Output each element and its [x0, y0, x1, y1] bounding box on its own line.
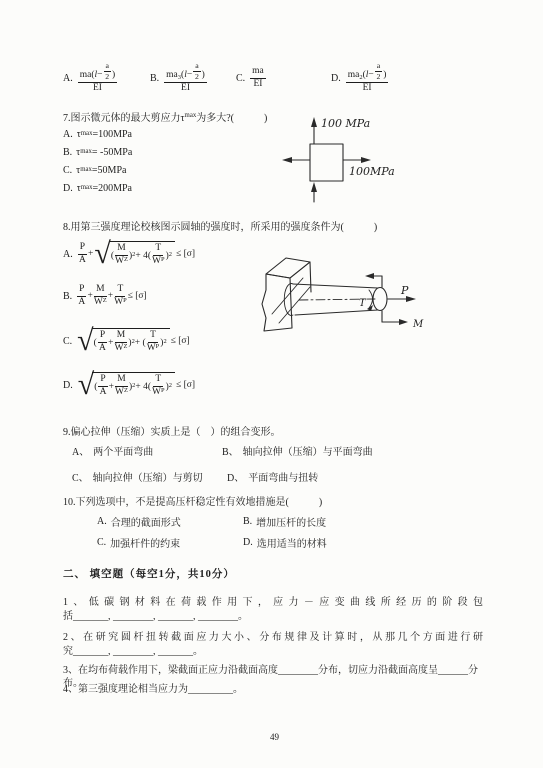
q10-option-c: C. 加强杆件的约束: [97, 536, 180, 549]
q6-option-a-formula: ma(l − a2)EI: [77, 62, 118, 94]
force-p-label: P: [400, 284, 409, 297]
q10-option-b-text: 增加压杆的长度: [256, 514, 326, 529]
q7-option-c-label: C.: [63, 165, 72, 176]
q6-option-b-formula: ma3(l − a2)EI: [163, 62, 208, 94]
stress-top-label: 100 MPa: [321, 117, 370, 130]
q9-option-c: C、 轴向拉伸（压缩）与剪切: [72, 470, 203, 483]
q9-option-a: A、 两个平面弯曲: [72, 444, 153, 457]
q6-option-c: C. maEI: [236, 56, 267, 100]
q10-title: 10.下列选项中，不是提高压杆稳定性有效地措施是( ): [63, 493, 322, 507]
q10-option-d: D. 选用适当的材料: [243, 536, 327, 549]
q8-option-c-label: C.: [63, 336, 72, 347]
q8-option-d-formula: √(PA + MWZ)2 + 4(TWP)2 ≤ [σ]: [77, 372, 195, 398]
q6-option-b-label: B.: [150, 73, 159, 84]
q6-option-c-formula: maEI: [249, 67, 267, 90]
q6-option-c-label: C.: [236, 73, 245, 84]
q9-option-c-text: 轴向拉伸（压缩）与剪切: [93, 469, 203, 484]
q8-option-d-label: D.: [63, 380, 73, 391]
q9-option-b-label: B、: [222, 443, 239, 458]
fill-q1-line2: 括_______, ________, _______, ________。: [63, 610, 483, 623]
q10-option-d-label: D.: [243, 537, 253, 548]
left-arrow: [282, 157, 310, 163]
q10-option-c-label: C.: [97, 537, 106, 548]
q9-option-b: B、 轴向拉伸（压缩）与平面弯曲: [222, 444, 373, 457]
q7-title-text: 7.图示微元体的最大剪应力τ max 为多大?( ): [63, 109, 267, 124]
q7-option-d-label: D.: [63, 183, 73, 194]
q9-option-b-text: 轴向拉伸（压缩）与平面弯曲: [243, 443, 373, 458]
q6-option-a: A. ma(l − a2)EI: [63, 56, 118, 100]
q7-title: 7.图示微元体的最大剪应力τ max 为多大?( ): [63, 109, 267, 123]
stress-right-label: 100MPa: [349, 165, 395, 178]
up-arrow-bottom: [311, 182, 317, 202]
q9-option-d: D、 平面弯曲与扭转: [227, 470, 318, 483]
q7-option-b: B. τ max= -50MPa: [63, 146, 132, 159]
stress-element-diagram: 100 MPa 100MPa: [278, 114, 428, 210]
q9-option-c-label: C、: [72, 469, 89, 484]
q8-title: 8.用第三强度理论校核图示圆轴的强度时，所采用的强度条件为( ): [63, 218, 377, 232]
shaft-diagram: P T M: [256, 248, 441, 338]
q7-option-a: A. τ max=100MPa: [63, 128, 132, 141]
q8-option-b-formula: PA + MWZ + TWP ≤ [σ]: [76, 285, 147, 308]
q9-option-d-label: D、: [227, 469, 244, 484]
q6-option-b: B. ma3(l − a2)EI: [150, 56, 208, 100]
q9-title: 9.偏心拉伸（压缩）实质上是（ ）的组合变形。: [63, 423, 281, 437]
q7-option-c: C. τ max=50MPa: [63, 164, 126, 177]
hatch-line: [279, 287, 310, 323]
q10-option-c-text: 加强杆件的约束: [110, 535, 180, 550]
q7-option-b-label: B.: [63, 147, 72, 158]
q10-option-b: B. 增加压杆的长度: [243, 515, 326, 528]
right-arrow: [343, 157, 371, 163]
q8-option-a: A. PA + √(MWZ)2 + 4(TWP)2 ≤ [σ]: [63, 236, 195, 272]
torque-t-label: T: [359, 298, 367, 309]
q6-option-d: D. ma2(l − a2)EI: [331, 56, 389, 100]
torque-arrow: [367, 290, 373, 311]
q8-option-a-label: A.: [63, 249, 73, 260]
moment-couple-bottom-arrow: [382, 311, 408, 325]
q6-option-a-label: A.: [63, 73, 73, 84]
q7-option-d-formula: τ max=200MPa: [77, 183, 132, 194]
q8-option-d: D. √(PA + MWZ)2 + 4(TWP)2 ≤ [σ]: [63, 366, 195, 404]
q6-option-d-formula: ma2(l − a2)EI: [345, 62, 390, 94]
q8-option-c-formula: √(PA + MWZ)2 + (TWP)2 ≤ [σ]: [76, 328, 190, 354]
hatch-line: [272, 278, 303, 314]
page-number: 49: [270, 732, 279, 742]
q10-option-a: A. 合理的截面形式: [97, 515, 181, 528]
up-arrow-top: [311, 117, 317, 144]
q7-option-c-formula: τ max=50MPa: [76, 165, 126, 176]
q8-option-b-label: B.: [63, 291, 72, 302]
q10-option-a-text: 合理的截面形式: [111, 514, 181, 529]
q10-option-d-text: 选用适当的材料: [257, 535, 327, 550]
fill-q4: 4、第三强度理论相当应力为_________。: [63, 683, 483, 696]
q7-option-d: D. τ max=200MPa: [63, 182, 132, 195]
q7-option-a-formula: τ max=100MPa: [77, 129, 132, 140]
fill-q2-line1: 2、在研究圆杆扭转截面应力大小、分布规律及计算时，从那几个方面进行研: [63, 631, 483, 644]
exam-page: A. ma(l − a2)EI B. ma3(l − a2)EI C. maEI…: [0, 0, 543, 768]
q8-option-c: C. √(PA + MWZ)2 + (TWP)2 ≤ [σ]: [63, 322, 190, 360]
q9-option-a-label: A、: [72, 443, 89, 458]
q8-option-a-formula: PA + √(MWZ)2 + 4(TWP)2 ≤ [σ]: [77, 241, 195, 267]
q9-option-d-text: 平面弯曲与扭转: [248, 469, 318, 484]
q7-option-b-formula: τ max= -50MPa: [76, 147, 132, 158]
q7-option-a-label: A.: [63, 129, 73, 140]
fill-q2-line2: 究_______, ________, _______。: [63, 645, 483, 658]
q10-option-b-label: B.: [243, 516, 252, 527]
q10-option-a-label: A.: [97, 516, 107, 527]
q6-option-d-label: D.: [331, 73, 341, 84]
q9-option-a-text: 两个平面弯曲: [93, 443, 153, 458]
wall-block: [262, 258, 311, 331]
stress-square: [310, 144, 343, 181]
moment-couple-top-arrow: [365, 273, 382, 287]
moment-m-label: M: [412, 319, 424, 330]
q8-option-b: B. PA + MWZ + TWP ≤ [σ]: [63, 281, 147, 311]
section2-title: 二、 填空题（每空1分，共10分）: [63, 566, 235, 581]
fill-q1-line1: 1、低碳钢材料在荷载作用下，应力－应变曲线所经历的阶段包: [63, 596, 483, 609]
